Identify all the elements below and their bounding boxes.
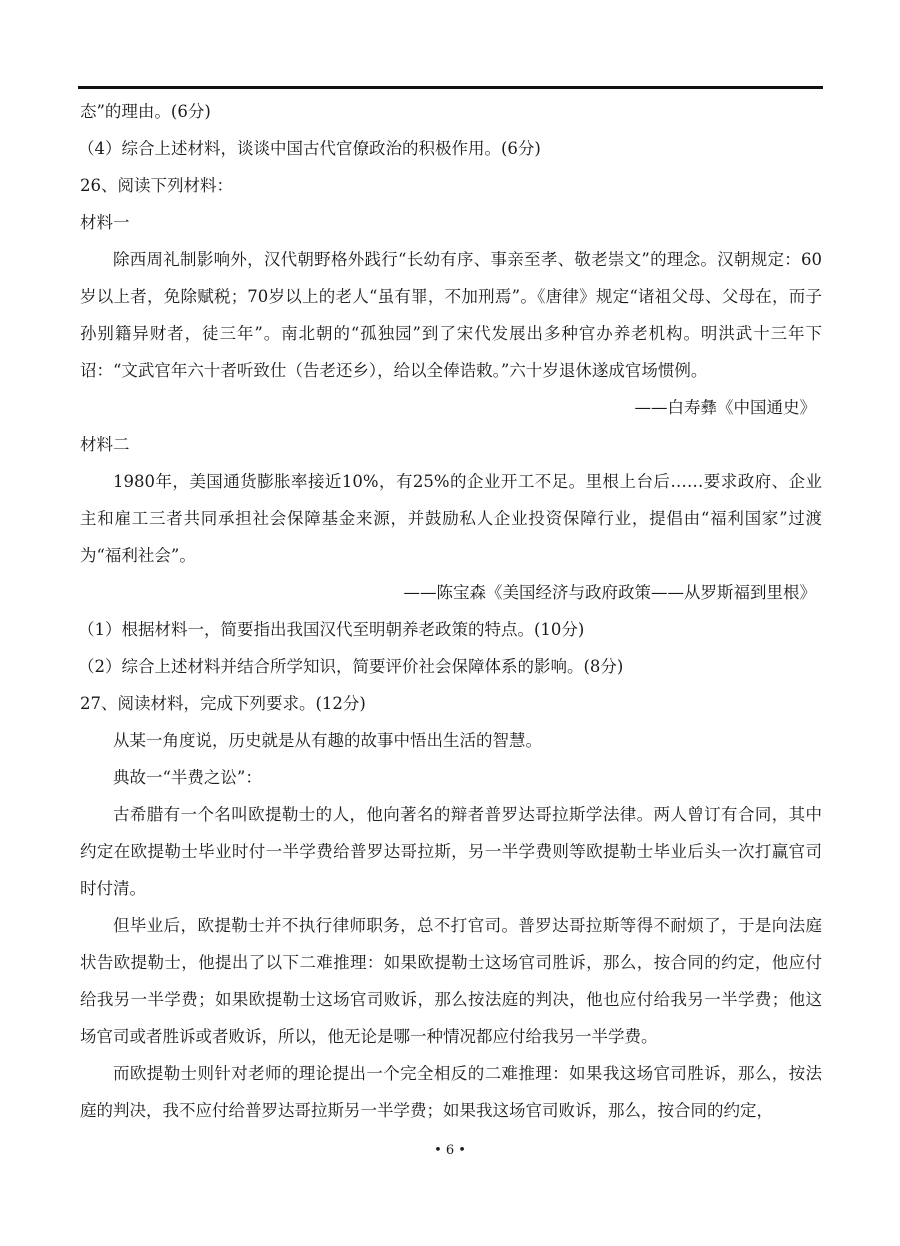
question-26-2: （2）综合上述材料并结合所学知识，简要评价社会保障体系的影响。(8分) bbox=[78, 648, 822, 685]
question-27-intro: 从某一角度说，历史就是从有趣的故事中悟出生活的智慧。 bbox=[80, 722, 822, 759]
material-2-text: 1980年，美国通货膨胀率接近10%，有25%的企业开工不足。里根上台后……要求… bbox=[80, 463, 822, 574]
question-26-heading: 26、阅读下列材料： bbox=[80, 167, 822, 204]
material-2-source: ——陈宝森《美国经济与政府政策——从罗斯福到里根》 bbox=[80, 574, 822, 611]
page-number: • 6 • bbox=[0, 1143, 900, 1158]
material-1-source: ——白寿彝《中国通史》 bbox=[80, 389, 822, 426]
page-body: 态”的理由。(6分) （4）综合上述材料，谈谈中国古代官僚政治的积极作用。(6分… bbox=[80, 93, 822, 1129]
header-rule bbox=[78, 86, 823, 89]
continuation-text: 态”的理由。(6分) bbox=[80, 93, 822, 130]
material-1-text: 除西周礼制影响外，汉代朝野格外践行“长幼有序、事亲至孝、敬老崇文”的理念。汉朝规… bbox=[80, 241, 822, 389]
question-25-4: （4）综合上述材料，谈谈中国古代官僚政治的积极作用。(6分) bbox=[78, 130, 822, 167]
question-26-1: （1）根据材料一，简要指出我国汉代至明朝养老政策的特点。(10分) bbox=[78, 611, 822, 648]
story-paragraph-3: 而欧提勒士则针对老师的理论提出一个完全相反的二难推理：如果我这场官司胜诉，那么，… bbox=[80, 1055, 822, 1129]
story-title: 典故一“半费之讼”： bbox=[80, 759, 822, 796]
story-paragraph-1: 古希腊有一个名叫欧提勒士的人，他向著名的辩者普罗达哥拉斯学法律。两人曾订有合同，… bbox=[80, 796, 822, 907]
material-2-label: 材料二 bbox=[80, 426, 822, 463]
material-1-label: 材料一 bbox=[80, 204, 822, 241]
story-paragraph-2: 但毕业后，欧提勒士并不执行律师职务，总不打官司。普罗达哥拉斯等得不耐烦了，于是向… bbox=[80, 907, 822, 1055]
question-27-heading: 27、阅读材料，完成下列要求。(12分) bbox=[80, 685, 822, 722]
